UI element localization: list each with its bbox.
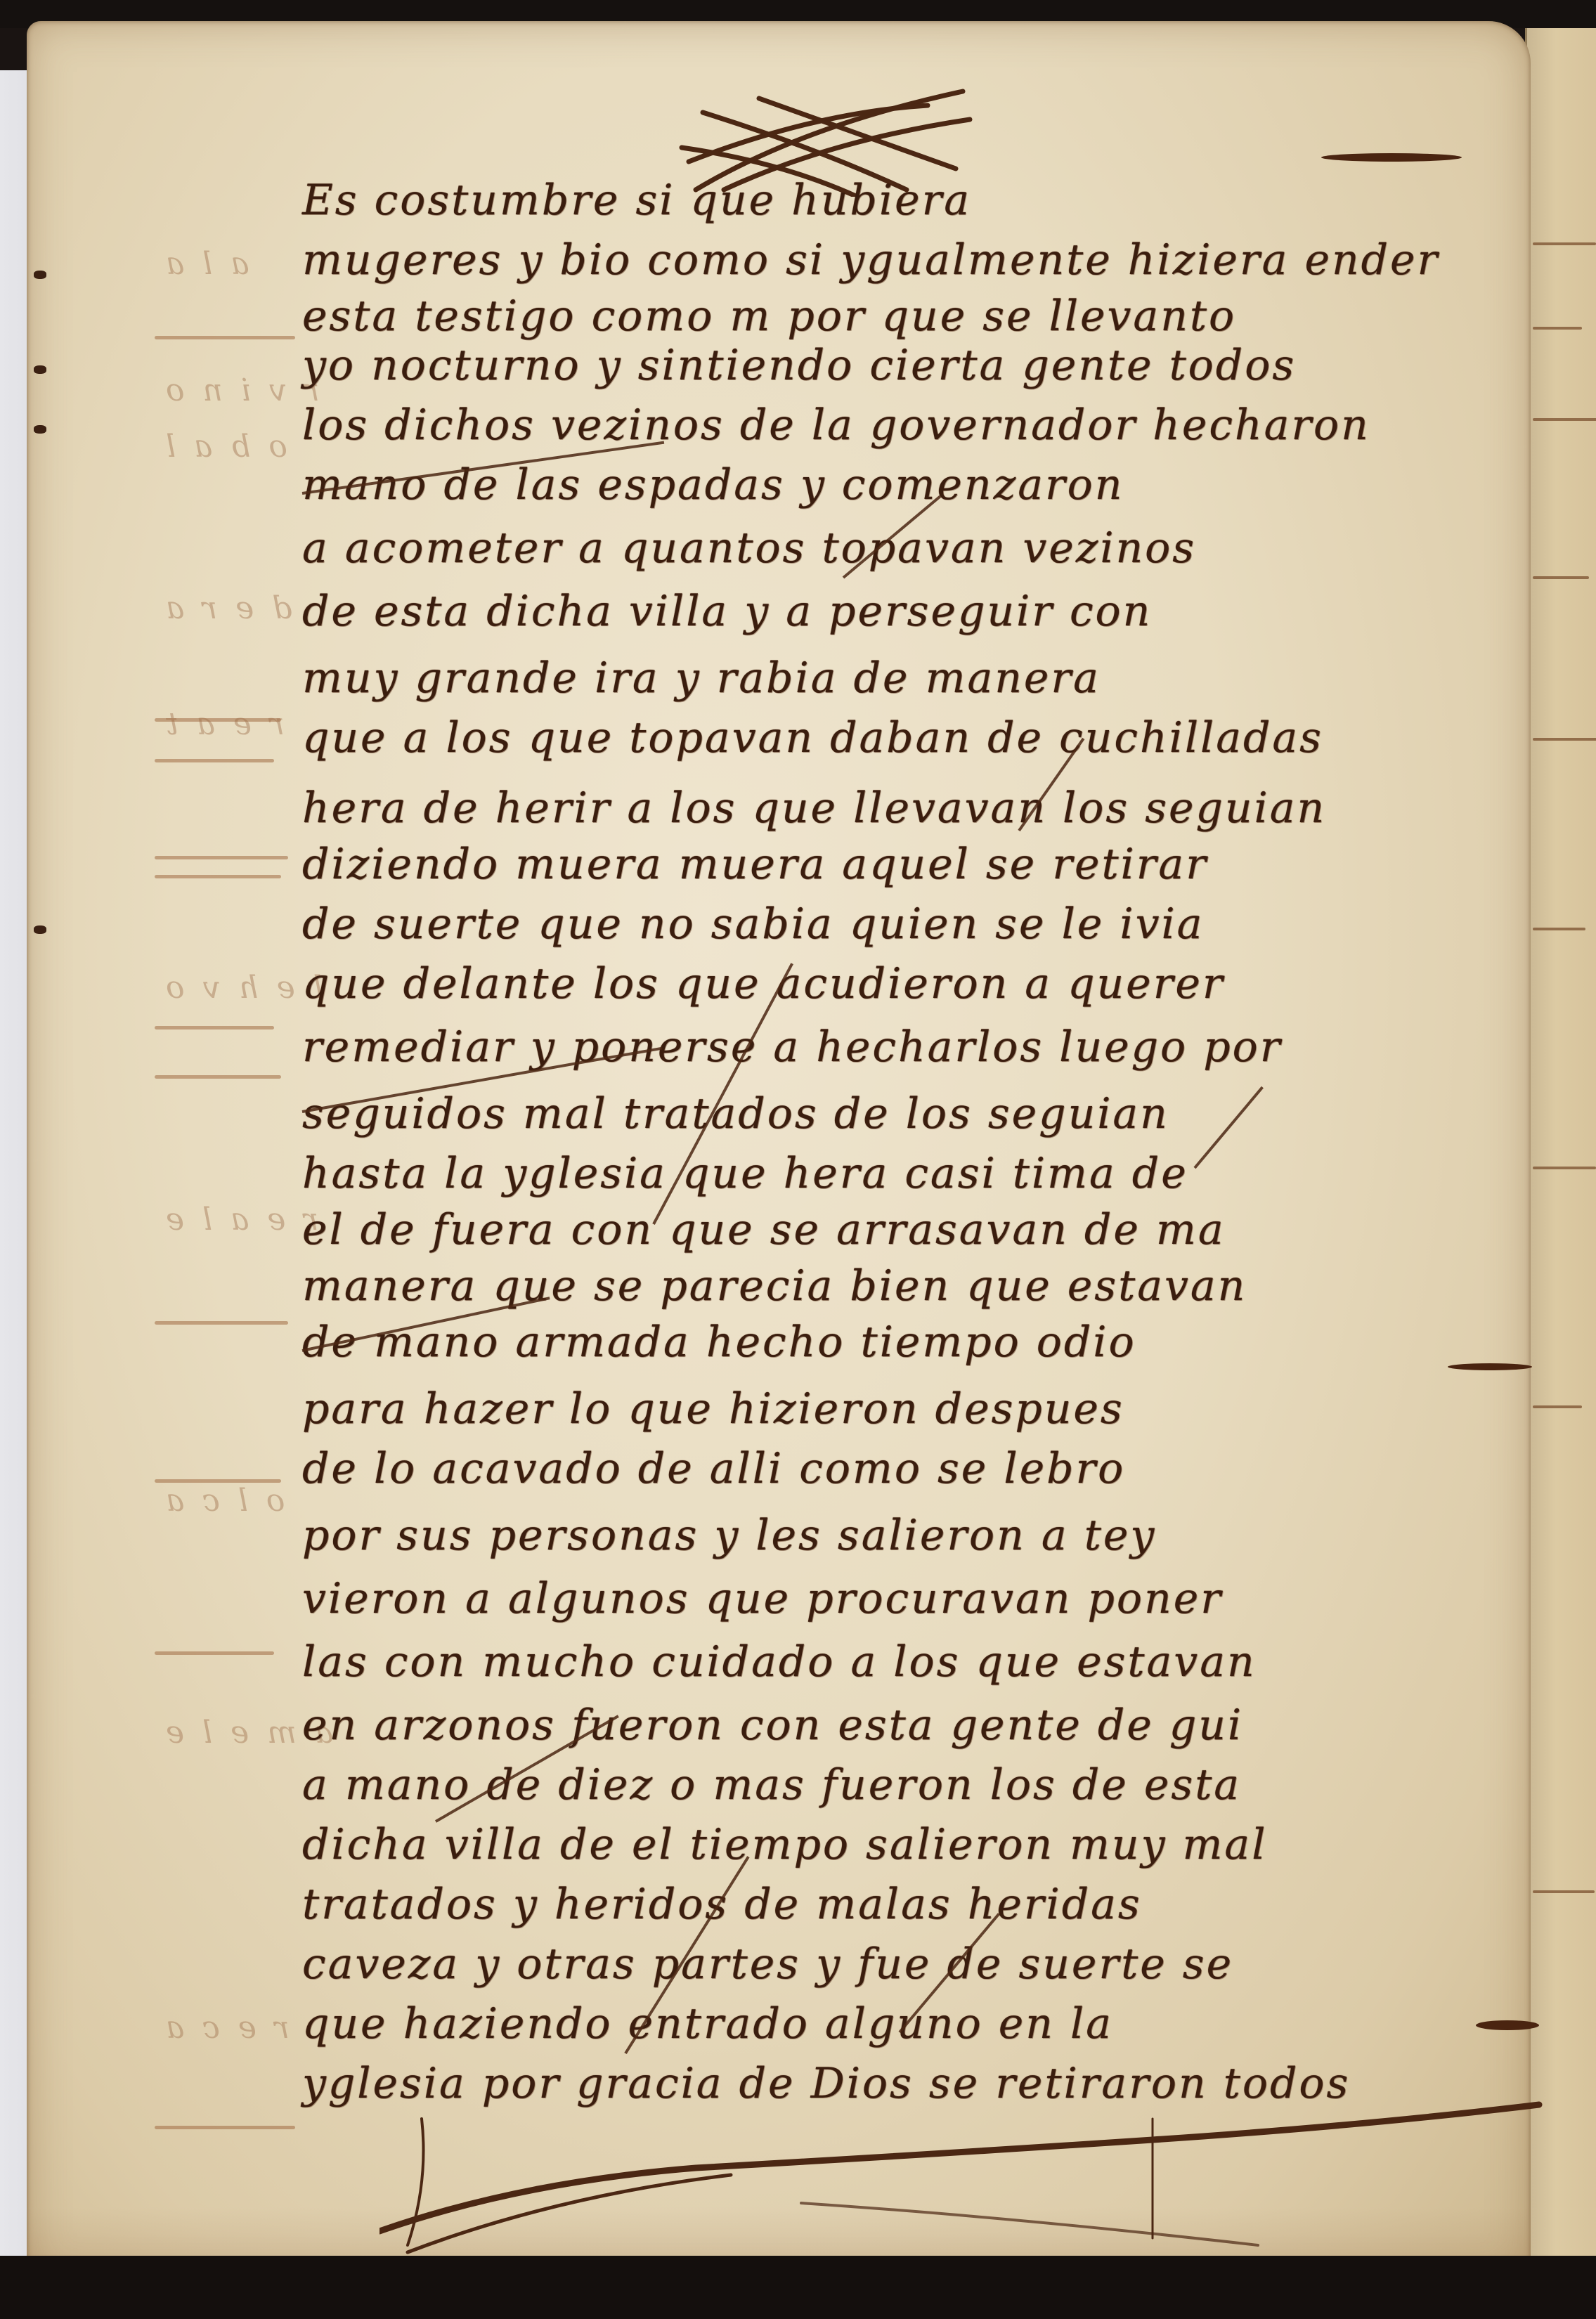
margin-rule — [155, 875, 281, 878]
manuscript-line: las con mucho cuidado a los que estavan — [302, 1641, 1539, 1683]
manuscript-line: a mano de diez o mas fueron los de esta — [302, 1764, 1539, 1806]
manuscript-line: en arzonos fueron con esta gente de gui — [302, 1704, 1539, 1746]
manuscript-line: los dichos vezinos de la governador hech… — [302, 404, 1539, 446]
bleed-through-text: r e c a — [162, 2010, 290, 2046]
margin-rule — [155, 1075, 281, 1079]
manuscript-line: muy grande ira y rabia de manera — [302, 657, 1539, 699]
margin-rule — [155, 2126, 295, 2129]
manuscript-line: para hazer lo que hizieron despues — [302, 1388, 1539, 1430]
bleed-through-text: r v i n o — [162, 372, 320, 408]
rubric-flourish-icon — [379, 2098, 1574, 2259]
line-end-flourish — [1321, 153, 1462, 162]
manuscript-line: caveza y otras partes y fue de suerte se — [302, 1943, 1539, 1985]
binding-hole-icon — [34, 425, 46, 434]
bleed-through-text: r e a l e — [162, 1202, 318, 1238]
bleed-through-text: d e r a — [162, 590, 292, 626]
binding-hole-icon — [34, 925, 46, 934]
bleed-through-text: r e a t — [162, 706, 285, 742]
manuscript-line: de suerte que no sabia quien se le ivia — [302, 903, 1539, 945]
margin-rule — [155, 856, 288, 859]
manuscript-line: manera que se parecia bien que estavan — [302, 1265, 1539, 1307]
manuscript-line: el de fuera con que se arrasavan de ma — [302, 1209, 1539, 1251]
manuscript-line: de esta dicha villa y a perseguir con — [302, 590, 1539, 632]
manuscript-line: diziendo muera muera aquel se retirar — [302, 843, 1539, 885]
manuscript-line: hera de herir a los que llevavan los seg… — [302, 787, 1539, 829]
manuscript-line: de lo acavado de alli como se lebro — [302, 1448, 1539, 1490]
manuscript-line: tratados y heridos de malas heridas — [302, 1883, 1539, 1925]
manuscript-line: esta testigo como m por que se llevanto — [302, 295, 1539, 337]
manuscript-line: por sus personas y les salieron a tey — [302, 1514, 1539, 1557]
binding-hole-icon — [34, 271, 46, 279]
manuscript-line: que delante los que acudieron a querer — [302, 963, 1539, 1005]
line-end-flourish — [1448, 1363, 1532, 1370]
bleed-through-text: a l a — [162, 246, 249, 282]
manuscript-line: que a los que topavan daban de cuchillad… — [302, 717, 1539, 759]
manuscript-line: de mano armada hecho tiempo odio — [302, 1321, 1539, 1363]
margin-rule — [155, 759, 274, 762]
manuscript-line: mano de las espadas y comenzaron — [302, 464, 1539, 506]
margin-rule — [155, 718, 281, 722]
binding-hole-icon — [34, 365, 46, 374]
margin-rule — [155, 1479, 281, 1483]
manuscript-line: a acometer a quantos topavan vezinos — [302, 527, 1539, 569]
manuscript-line: Es costumbre si que hubiera — [302, 179, 1539, 221]
margin-rule — [155, 336, 295, 339]
bleed-through-text: l e h v o — [162, 970, 323, 1006]
bleed-through-text: o l c a — [162, 1483, 285, 1519]
manuscript-line: vieron a algunos que procuravan poner — [302, 1578, 1539, 1620]
margin-rule — [155, 1651, 274, 1655]
manuscript-line: remediar y ponerse a hecharlos luego por — [302, 1026, 1539, 1068]
manuscript-line: hasta la yglesia que hera casi tima de — [302, 1152, 1539, 1195]
manuscript-line: yo nocturno y sintiendo cierta gente tod… — [302, 344, 1539, 386]
manuscript-line: dicha villa de el tiempo salieron muy ma… — [302, 1824, 1539, 1866]
line-end-flourish — [1476, 2020, 1539, 2030]
manuscript-line: seguidos mal tratados de los seguian — [302, 1093, 1539, 1135]
manuscript-line: mugeres y bio como si ygualmente hiziera… — [302, 239, 1539, 281]
margin-rule — [155, 1026, 274, 1029]
margin-rule — [155, 1321, 288, 1325]
photo-background-bottom — [0, 2256, 1596, 2319]
bleed-through-text: o b a l — [162, 429, 287, 465]
